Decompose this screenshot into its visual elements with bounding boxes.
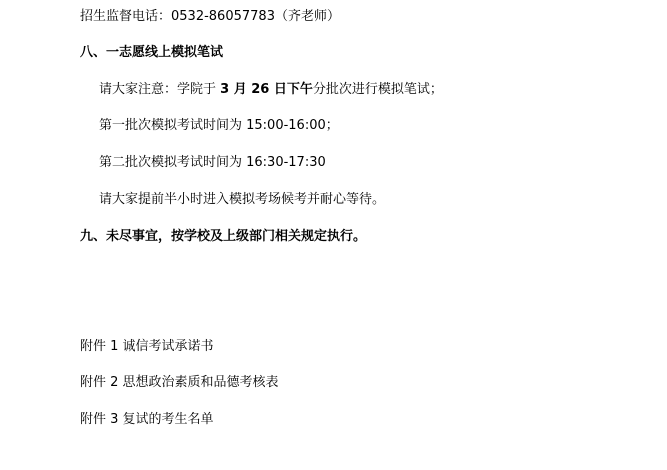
section-8-notice: 请大家注意：学院于 3 月 26 日下午分批次进行模拟笔试；: [99, 82, 443, 98]
supervision-phone-value: 0532-86057783（齐老师）: [171, 9, 340, 24]
attachment-label: 附件 1: [80, 339, 118, 354]
reminder-text: 请大家提前半小时进入模拟考场候考并耐心等待。: [99, 192, 385, 208]
section-8-heading: 八、一志愿线上模拟笔试: [80, 45, 223, 61]
supervision-phone-line: 招生监督电话：0532-86057783（齐老师）: [80, 9, 340, 25]
attachment-item: 附件 3 复试的考生名单: [80, 412, 214, 428]
attachment-title: 思想政治素质和品德考核表: [123, 375, 279, 390]
attachment-item: 附件 2 思想政治素质和品德考核表: [80, 375, 279, 391]
attachment-item: 附件 1 诚信考试承诺书: [80, 339, 214, 355]
notice-prefix: 请大家注意：学院于: [99, 82, 220, 97]
supervision-phone-label: 招生监督电话：: [80, 9, 171, 24]
section-9-heading: 九、未尽事宜，按学校及上级部门相关规定执行。: [80, 229, 366, 245]
notice-suffix: 分批次进行模拟笔试；: [313, 82, 443, 97]
attachment-title: 复试的考生名单: [123, 412, 214, 427]
attachment-title: 诚信考试承诺书: [123, 339, 214, 354]
attachment-label: 附件 3: [80, 412, 118, 427]
batch-2-time: 第二批次模拟考试时间为 16:30-17:30: [99, 155, 326, 171]
attachment-label: 附件 2: [80, 375, 118, 390]
batch-1-time: 第一批次模拟考试时间为 15:00-16:00；: [99, 118, 339, 134]
notice-date: 3 月 26 日下午: [220, 82, 313, 97]
